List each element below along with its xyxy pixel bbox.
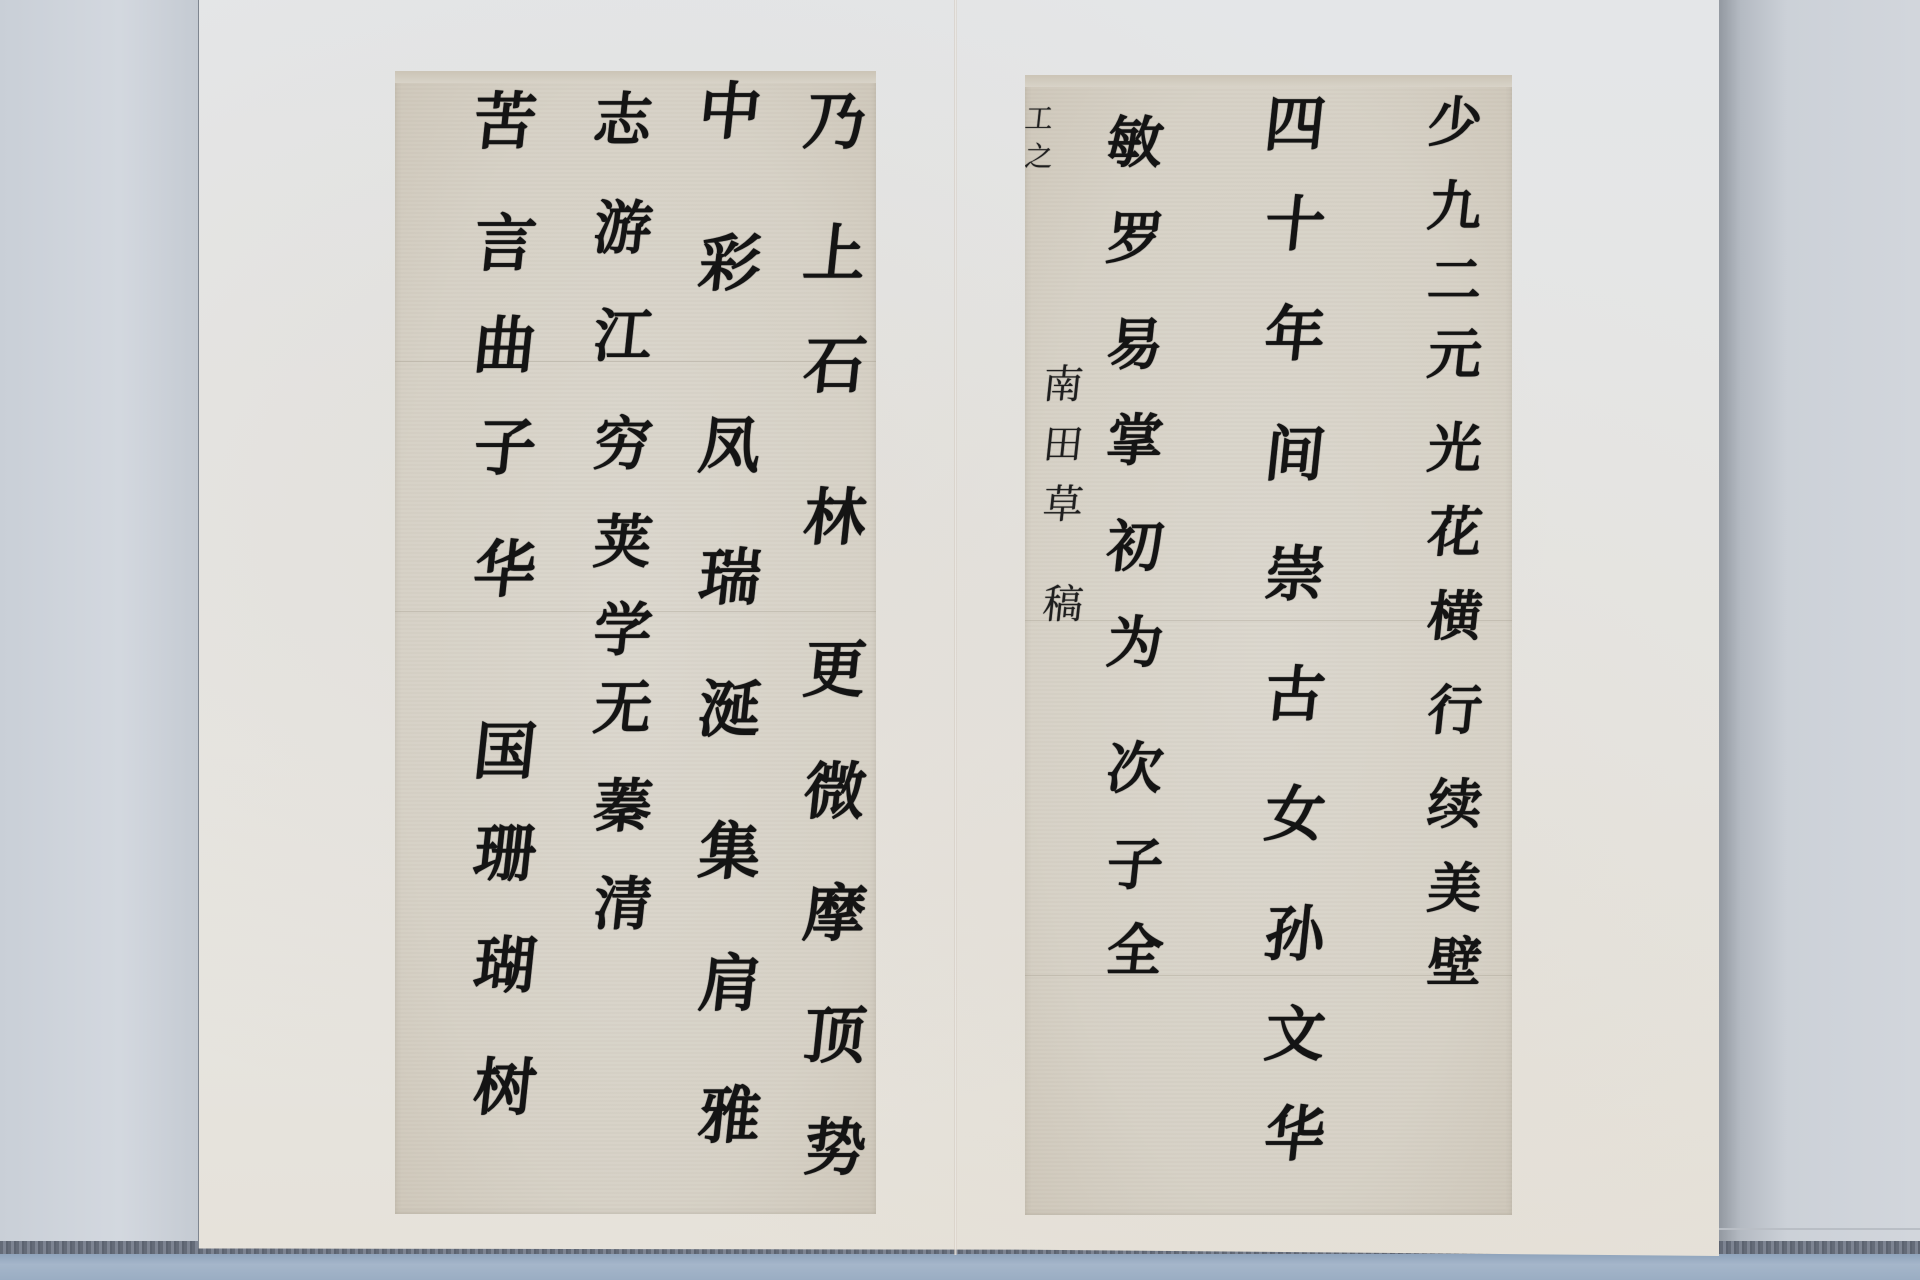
calligraphy-character: 国	[471, 721, 540, 783]
calligraphy-column: 敏罗易掌初为次子全	[1107, 115, 1163, 979]
calligraphy-character: 十	[1262, 195, 1328, 255]
calligraphy-character: 蓁	[591, 777, 655, 835]
calligraphy-character: 乃	[801, 91, 870, 153]
background-right	[1716, 0, 1920, 1250]
calligraphy-character: 女	[1262, 785, 1328, 845]
calligraphy-character: 南	[1041, 365, 1085, 405]
calligraphy-character: 涎	[696, 679, 765, 741]
calligraphy-character: 壁	[1425, 935, 1485, 989]
calligraphy-character: 更	[801, 639, 870, 701]
calligraphy-character: 年	[1262, 305, 1328, 365]
calligraphy-character: 学	[591, 601, 655, 659]
calligraphy-character: 集	[696, 821, 765, 883]
calligraphy-character: 四	[1262, 95, 1328, 155]
calligraphy-column: 南田草稿	[1043, 365, 1083, 625]
calligraphy-character: 横	[1425, 589, 1485, 643]
calligraphy-character: 珊	[471, 823, 540, 885]
calligraphy-character: 瑚	[471, 935, 540, 997]
calligraphy-character: 敏	[1104, 115, 1166, 171]
calligraphy-character: 崇	[1262, 545, 1328, 605]
table-surface	[0, 1254, 1920, 1280]
calligraphy-character: 全	[1104, 923, 1166, 979]
calligraphy-character: 微	[801, 761, 870, 823]
calligraphy-character: 美	[1425, 861, 1485, 915]
calligraphy-character: 言	[471, 213, 540, 275]
calligraphy-character: 少	[1425, 95, 1485, 149]
calligraphy-character: 初	[1104, 519, 1166, 575]
calligraphy-character: 游	[591, 199, 655, 257]
calligraphy-character: 江	[591, 307, 655, 365]
calligraphy-character: 林	[801, 487, 870, 549]
calligraphy-character: 为	[1104, 615, 1166, 671]
calligraphy-character: 文	[1262, 1005, 1328, 1065]
calligraphy-character: 之	[1025, 143, 1054, 171]
calligraphy-character: 元	[1425, 327, 1485, 381]
calligraphy-character: 罗	[1104, 211, 1166, 267]
calligraphy-character: 九	[1425, 179, 1485, 233]
calligraphy-character: 续	[1425, 777, 1485, 831]
calligraphy-column: 志游江穷荚学无蓁清	[594, 91, 652, 933]
calligraphy-character: 志	[591, 91, 655, 149]
calligraphy-character: 石	[801, 335, 870, 397]
calligraphy-character: 势	[801, 1117, 870, 1179]
calligraphy-character: 子	[471, 417, 540, 479]
calligraphy-character: 凤	[696, 415, 765, 477]
calligraphy-character: 华	[1262, 1105, 1328, 1165]
background-left	[0, 0, 200, 1245]
calligraphy-character: 掌	[1104, 413, 1166, 469]
calligraphy-column: 少九二元光花横行续美壁	[1428, 95, 1482, 989]
calligraphy-column: 苦言曲子华国珊瑚树	[474, 91, 536, 1119]
calligraphy-character: 上	[801, 223, 870, 285]
calligraphy-character: 中	[696, 81, 765, 143]
calligraphy-character: 肩	[696, 953, 765, 1015]
calligraphy-character: 稿	[1041, 585, 1085, 625]
calligraphy-column: 中彩凤瑞涎集肩雅	[699, 81, 761, 1147]
calligraphy-character: 苦	[471, 91, 540, 153]
calligraphy-character: 瑞	[696, 547, 765, 609]
calligraphy-panel-right: 少九二元光花横行续美壁四十年间崇古女孙文华敏罗易掌初为次子全南田草稿工之	[1025, 75, 1512, 1215]
calligraphy-character: 树	[471, 1057, 540, 1119]
calligraphy-character: 行	[1425, 683, 1485, 737]
album-spine-fold	[954, 0, 957, 1255]
panel-top-strip	[395, 71, 876, 83]
calligraphy-character: 田	[1041, 425, 1085, 465]
calligraphy-character: 华	[471, 539, 540, 601]
calligraphy-character: 工	[1025, 105, 1054, 133]
calligraphy-character: 易	[1104, 317, 1166, 373]
calligraphy-character: 清	[591, 875, 655, 933]
calligraphy-column: 四十年间崇古女孙文华	[1265, 95, 1325, 1165]
calligraphy-character: 荚	[591, 513, 655, 571]
calligraphy-character: 彩	[696, 233, 765, 295]
calligraphy-character: 次	[1104, 741, 1166, 797]
calligraphy-character: 间	[1262, 425, 1328, 485]
calligraphy-column: 乃上石林更微摩顶势	[804, 91, 866, 1179]
calligraphy-column: 工之	[1025, 105, 1053, 171]
panel-top-strip	[1025, 75, 1512, 87]
calligraphy-character: 二	[1425, 253, 1485, 307]
calligraphy-character: 无	[591, 679, 655, 737]
calligraphy-character: 古	[1262, 665, 1328, 725]
calligraphy-character: 花	[1425, 505, 1485, 559]
calligraphy-character: 穷	[591, 415, 655, 473]
calligraphy-character: 草	[1041, 485, 1085, 525]
calligraphy-character: 摩	[801, 883, 870, 945]
calligraphy-character: 孙	[1262, 905, 1328, 965]
calligraphy-character: 雅	[696, 1085, 765, 1147]
calligraphy-character: 顶	[801, 1005, 870, 1067]
calligraphy-character: 子	[1104, 837, 1166, 893]
calligraphy-character: 曲	[471, 315, 540, 377]
calligraphy-character: 光	[1425, 421, 1485, 475]
calligraphy-panel-left: 乃上石林更微摩顶势中彩凤瑞涎集肩雅志游江穷荚学无蓁清苦言曲子华国珊瑚树	[395, 71, 876, 1214]
